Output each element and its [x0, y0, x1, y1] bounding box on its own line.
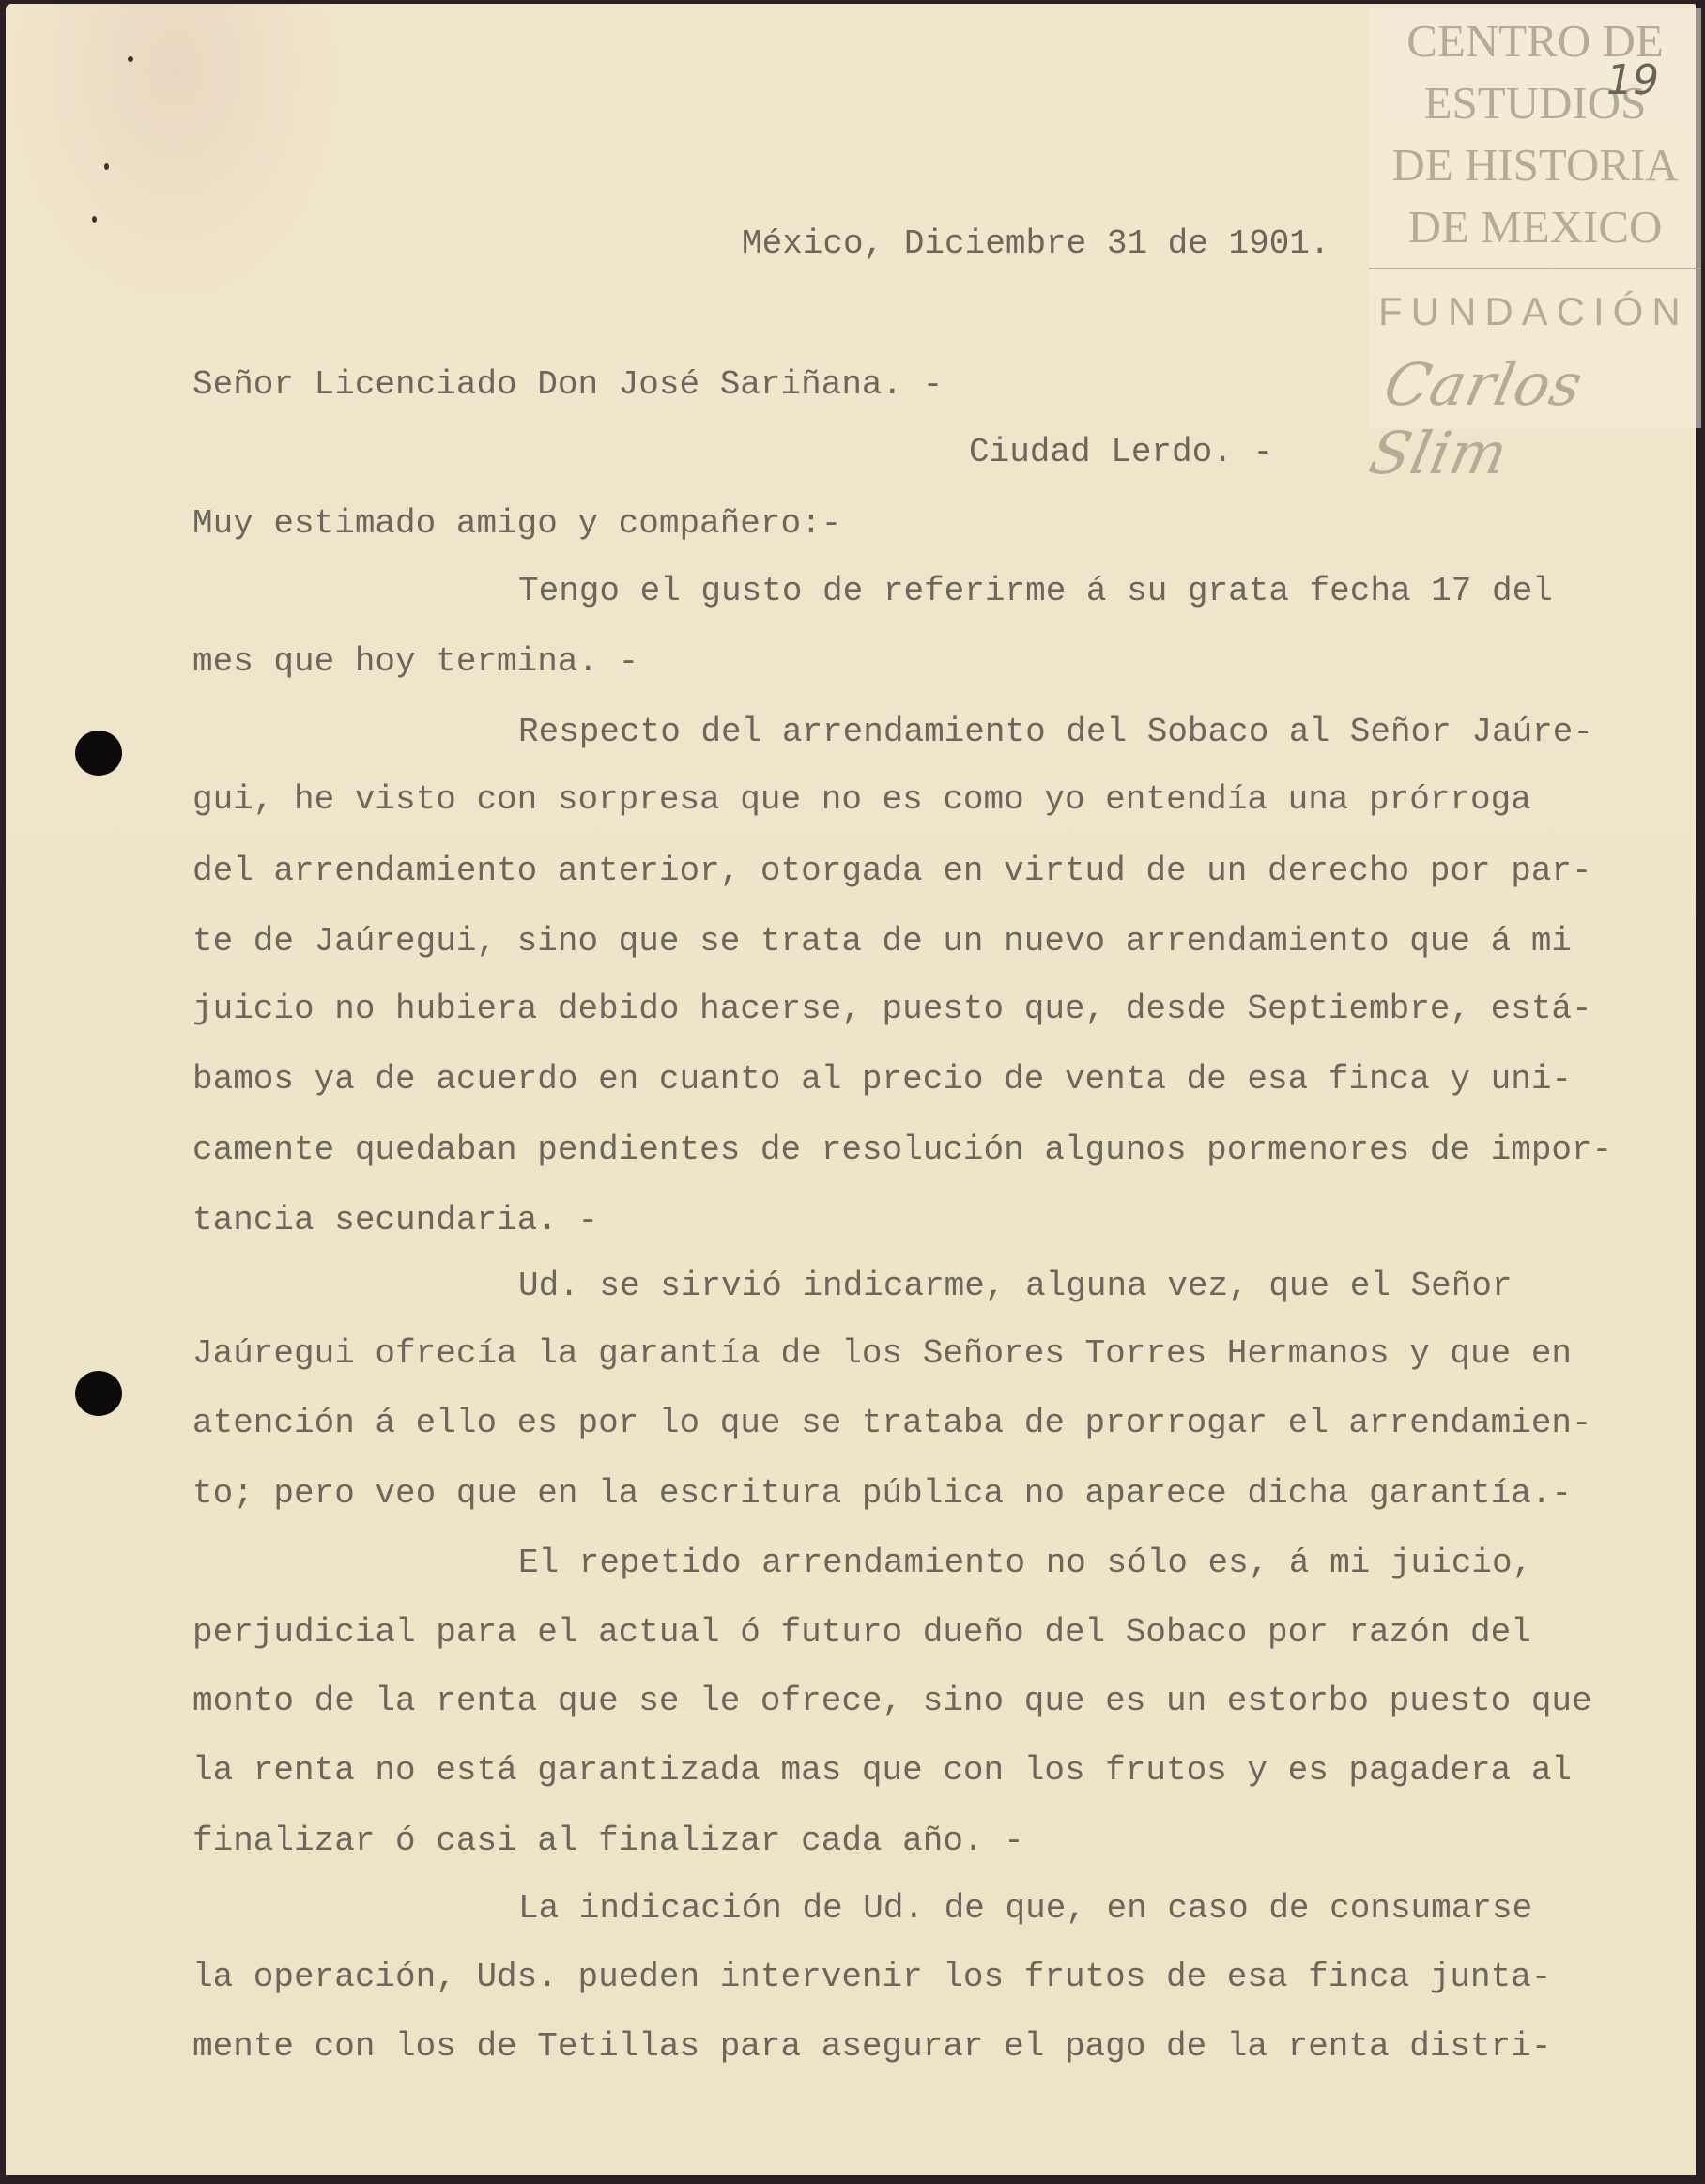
punch-hole	[75, 1371, 122, 1416]
salutation: Muy estimado amigo y compañero:-	[192, 505, 841, 543]
body-line: gui, he visto con sorpresa que no es com…	[192, 781, 1531, 819]
letter-page: CENTRO DE ESTUDIOS DE HISTORIA DE MEXICO…	[6, 4, 1696, 2175]
body-line: monto de la renta que se le ofrece, sino…	[192, 1683, 1592, 1720]
body-line: perjudicial para el actual ó futuro dueñ…	[192, 1614, 1531, 1652]
body-line: del arrendamiento anterior, otorgada en …	[192, 853, 1592, 890]
watermark-line: DE MEXICO	[1369, 201, 1701, 254]
body-line: la operación, Uds. pueden intervenir los…	[192, 1959, 1551, 1996]
body-line: El repetido arrendamiento no sólo es, á …	[518, 1545, 1532, 1582]
ink-speck	[104, 163, 109, 170]
body-line: Jaúregui ofrecía la garantía de los Seño…	[192, 1335, 1572, 1373]
ink-speck	[92, 216, 97, 223]
ink-speck	[128, 56, 133, 62]
body-line: La indicación de Ud. de que, en caso de …	[518, 1890, 1532, 1928]
body-line: camente quedaban pendientes de resolució…	[192, 1131, 1612, 1169]
body-line: mente con los de Tetillas para asegurar …	[192, 2028, 1551, 2066]
body-line: atención á ello es por lo que se trataba…	[192, 1405, 1592, 1442]
body-line: Tengo el gusto de referirme á su grata f…	[518, 573, 1553, 610]
watermark-divider	[1369, 268, 1701, 269]
handwritten-page-number: 19	[1606, 56, 1659, 104]
addressee: Señor Licenciado Don José Sariñana. -	[192, 366, 943, 404]
body-line: Respecto del arrendamiento del Sobaco al…	[518, 714, 1593, 751]
punch-hole	[75, 731, 122, 776]
body-line: finalizar ó casi al finalizar cada año. …	[192, 1823, 1024, 1860]
date-line: México, Diciembre 31 de 1901.	[742, 225, 1330, 263]
city: Ciudad Lerdo. -	[969, 434, 1273, 471]
body-line: tancia secundaria. -	[192, 1202, 598, 1239]
body-line: la renta no está garantizada mas que con…	[192, 1752, 1572, 1790]
body-line: te de Jaúregui, sino que se trata de un …	[192, 923, 1572, 961]
body-line: mes que hoy termina. -	[192, 643, 638, 681]
watermark-line: DE HISTORIA	[1369, 139, 1701, 192]
body-line: to; pero veo que en la escritura pública…	[192, 1475, 1572, 1513]
body-line: bamos ya de acuerdo en cuanto al precio …	[192, 1061, 1572, 1099]
watermark-signature: Carlos Slim	[1363, 350, 1705, 487]
body-line: Ud. se sirvió indicarme, alguna vez, que…	[518, 1268, 1513, 1305]
body-line: juicio no hubiera debido hacerse, puesto…	[192, 991, 1592, 1028]
watermark-foundation: FUNDACIÓN	[1378, 289, 1701, 334]
